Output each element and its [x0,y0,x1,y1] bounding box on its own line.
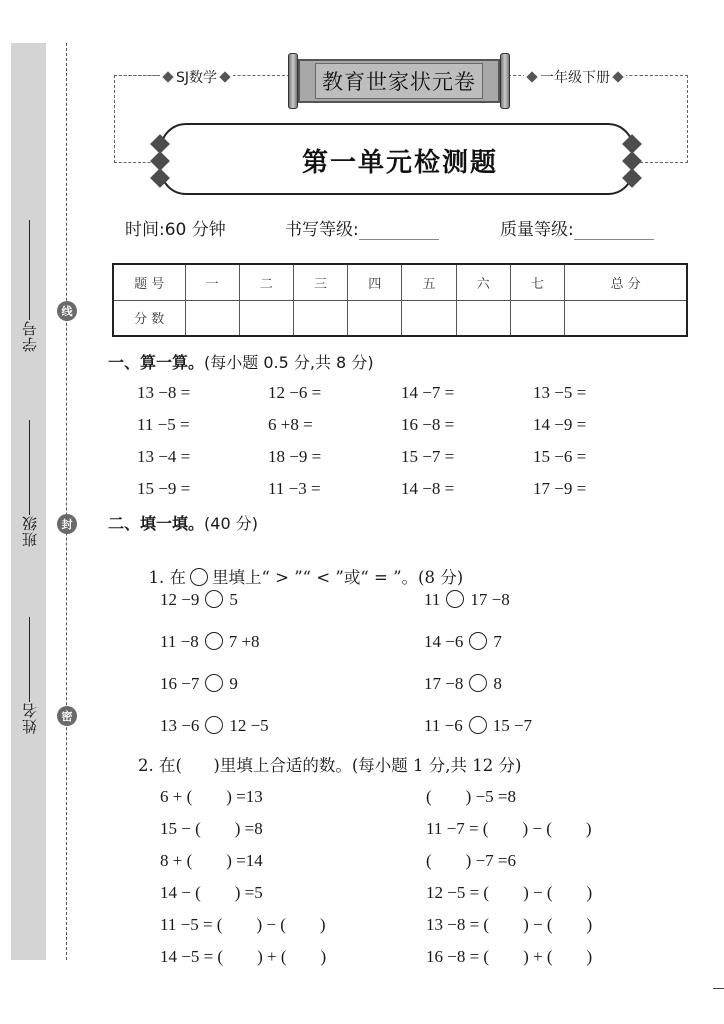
cut-mark-seal-badge: 封 [57,514,77,534]
quality-grade-blank[interactable] [574,224,654,240]
circle-icon [190,568,208,586]
header-cell: 一 [185,264,239,300]
class-blank-line [29,420,30,515]
compare-circle-blank[interactable] [205,716,223,734]
compare-item: 17 −88 [424,674,502,694]
fill-blank-item[interactable]: 13 −8 = ( ) − ( ) [426,915,592,935]
series-right-label: 一年级下册 [540,67,610,87]
fill-blank-item[interactable]: 12 −5 = ( ) − ( ) [426,883,592,903]
compare-circle-blank[interactable] [469,674,487,692]
q1-title: 1. 在里填上“ > ”“ < ”或“ = ”。(8 分) [138,545,463,588]
cut-dashed-line [66,43,67,960]
calc-problem: 18 −9 = [268,447,321,467]
calc-problem: 15 −9 = [137,479,190,499]
calc-problem: 15 −7 = [401,447,454,467]
calc-problem: 17 −9 = [533,479,586,499]
fill-blank-item[interactable]: 14 −5 = ( ) + ( ) [160,947,326,967]
series-left-label: SJ数学 [176,67,217,87]
writing-grade-label: 书写等级: [285,220,359,240]
fill-blank-item[interactable]: 6 + ( ) =13 [160,787,263,807]
header-cell: 题 号 [113,264,185,300]
diamond-icon [162,71,173,82]
q2-title: 2. 在( )里填上合适的数。(每小题 1 分,共 12 分) [138,752,521,776]
cut-mark-line-badge: 线 [57,301,77,321]
compare-circle-blank[interactable] [469,632,487,650]
header-cell: 四 [348,264,402,300]
class-field[interactable]: 班级 [14,420,44,547]
calc-problem: 16 −8 = [401,415,454,435]
fill-blank-item[interactable]: ( ) −7 =6 [426,851,516,871]
quality-grade-label: 质量等级: [500,220,574,240]
q1-suffix: 里填上“ > ”“ < ”或“ = ”。(8 分) [212,568,463,587]
name-blank-line [29,617,30,702]
series-right-tag: 一年级下册 [524,67,626,87]
compare-circle-blank[interactable] [205,632,223,650]
calc-problem: 14 −8 = [401,479,454,499]
score-cell[interactable] [456,300,510,336]
calc-problem: 14 −9 = [533,415,586,435]
name-label: 姓名 [19,702,40,734]
compare-circle-blank[interactable] [469,716,487,734]
fill-blank-item[interactable]: 11 −7 = ( ) − ( ) [426,819,592,839]
compare-item: 14 −67 [424,632,502,652]
compare-item: 16 −79 [160,674,238,694]
section1-title: 一、算一算。(每小题 0.5 分,共 8 分) [108,350,374,373]
calc-problem: 13 −8 = [137,383,190,403]
student-id-field[interactable]: 学号 [14,220,44,352]
score-table-score-row: 分 数 [113,300,687,336]
brand-label: 教育世家状元卷 [315,63,483,99]
left-diamond-stack-icon [150,137,170,185]
fill-blank-item[interactable]: ( ) −5 =8 [426,787,516,807]
page-edge-mark [713,988,724,989]
score-cell[interactable] [565,300,687,336]
fill-blank-item[interactable]: 16 −8 = ( ) + ( ) [426,947,592,967]
diamond-icon [612,71,623,82]
section1-heading: 一、算一算。 [108,353,204,372]
section2-title: 二、填一填。(40 分) [108,511,258,534]
calc-problem: 13 −4 = [137,447,190,467]
calc-problem: 15 −6 = [533,447,586,467]
right-diamond-stack-icon [622,137,642,185]
calc-problem: 11 −5 = [137,415,190,435]
score-cell[interactable] [348,300,402,336]
calc-problem: 6 +8 = [268,415,313,435]
class-label: 班级 [19,515,40,547]
score-table-header-row: 题 号 一 二 三 四 五 六 七 总 分 [113,264,687,300]
student-id-blank-line [29,220,30,320]
calc-problem: 13 −5 = [533,383,586,403]
diamond-icon [526,71,537,82]
compare-item: 1117 −8 [424,590,510,610]
fill-blank-item[interactable]: 14 − ( ) =5 [160,883,263,903]
header-cell: 五 [402,264,456,300]
student-id-label: 学号 [19,320,40,352]
calc-problem: 12 −6 = [268,383,321,403]
fill-blank-item[interactable]: 8 + ( ) =14 [160,851,263,871]
calc-problem: 11 −3 = [268,479,321,499]
scroll-body: 教育世家状元卷 [298,59,500,103]
score-table: 题 号 一 二 三 四 五 六 七 总 分 分 数 [112,263,688,337]
q1-prefix: 1. 在 [149,568,187,587]
header-cell: 三 [293,264,347,300]
score-cell[interactable] [402,300,456,336]
section1-points: (每小题 0.5 分,共 8 分) [204,353,374,372]
cut-mark-secret-badge: 密 [57,706,77,726]
score-row-label: 分 数 [113,300,185,336]
section2-heading: 二、填一填。 [108,514,204,533]
score-cell[interactable] [510,300,564,336]
header-cell: 六 [456,264,510,300]
diamond-icon [219,71,230,82]
compare-circle-blank[interactable] [446,590,464,608]
compare-circle-blank[interactable] [205,674,223,692]
compare-circle-blank[interactable] [205,590,223,608]
header-cell: 总 分 [565,264,687,300]
writing-grade-blank[interactable] [359,224,439,240]
scroll-rod-right [500,53,510,109]
compare-item: 11 −615 −7 [424,716,532,736]
name-field[interactable]: 姓名 [14,617,44,734]
score-cell[interactable] [293,300,347,336]
fill-blank-item[interactable]: 11 −5 = ( ) − ( ) [160,915,326,935]
time-limit: 时间:60 分钟 [125,215,226,240]
brand-scroll-banner: 教育世家状元卷 [288,53,510,109]
section2-points: (40 分) [204,514,258,533]
scroll-rod-left [288,53,298,109]
calc-problem: 14 −7 = [401,383,454,403]
fill-blank-item[interactable]: 15 − ( ) =8 [160,819,263,839]
header-cell: 二 [239,264,293,300]
quality-grade[interactable]: 质量等级: [500,215,654,240]
compare-item: 13 −612 −5 [160,716,269,736]
header-cell: 七 [510,264,564,300]
series-left-tag: SJ数学 [160,67,233,87]
score-cell[interactable] [239,300,293,336]
exam-header: SJ数学 一年级下册 教育世家状元卷 第一单元检测题 [110,45,690,200]
writing-grade[interactable]: 书写等级: [285,215,439,240]
score-cell[interactable] [185,300,239,336]
compare-item: 11 −87 +8 [160,632,260,652]
exam-title: 第一单元检测题 [110,142,690,179]
compare-item: 12 −95 [160,590,238,610]
